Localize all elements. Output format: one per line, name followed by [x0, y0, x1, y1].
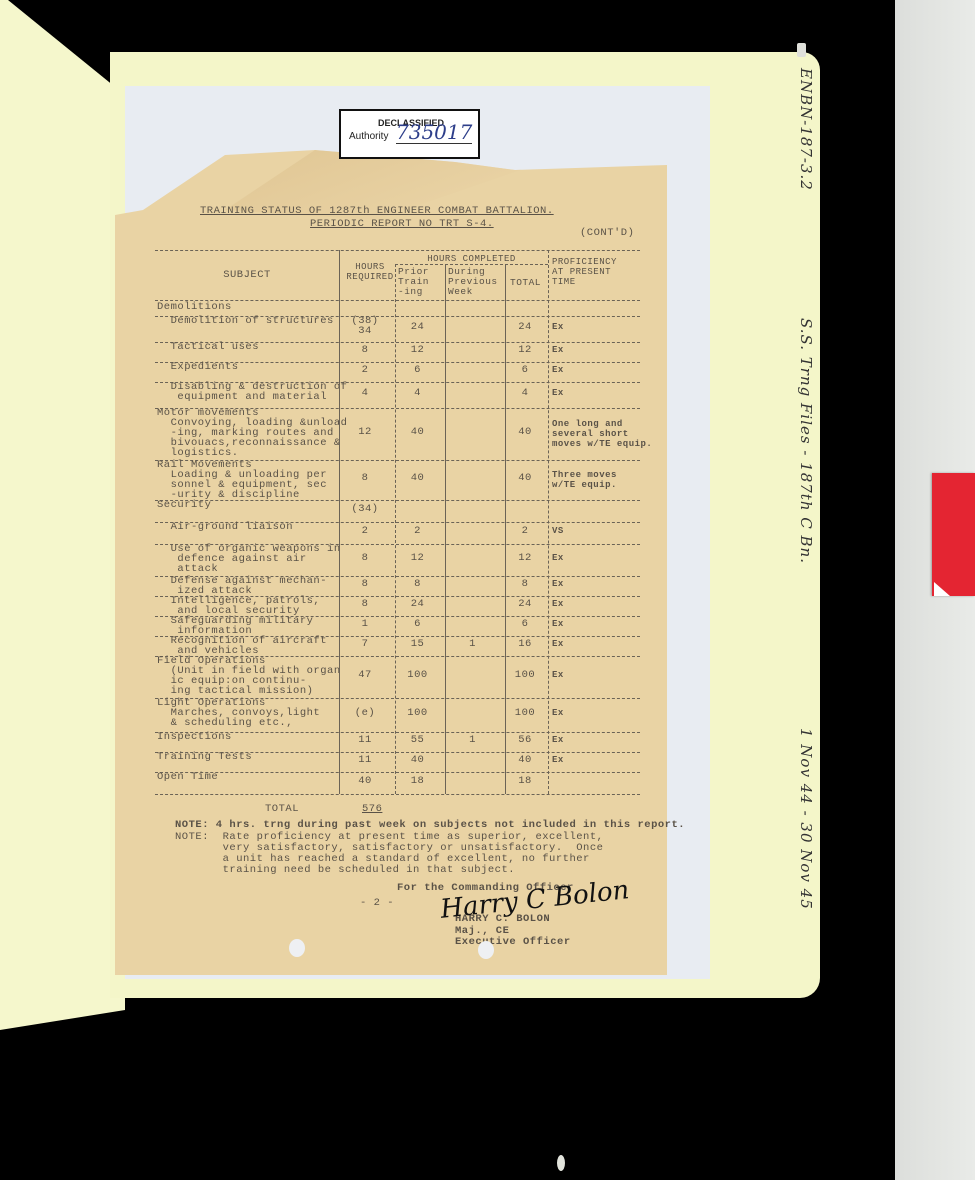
row-total: 100	[505, 670, 545, 680]
header-hours-required: HOURS REQUIRED	[345, 262, 395, 282]
red-divider-tab	[932, 473, 975, 596]
folder-annotation-bottom: 1 Nov 44 - 30 Nov 45	[797, 728, 815, 910]
column-rule	[505, 264, 506, 794]
row-total: 56	[505, 735, 545, 745]
stamp-authority-number: 735017	[396, 121, 472, 144]
debris-speck	[557, 1155, 565, 1171]
row-proficiency: One long and several short moves w/TE eq…	[552, 419, 652, 449]
row-proficiency: VS	[552, 526, 564, 536]
row-prior-training: 2	[395, 526, 440, 536]
row-hours-required: 2	[345, 526, 385, 536]
row-rule	[155, 500, 640, 501]
row-prior-training: 18	[395, 776, 440, 786]
row-prior-training: 15	[395, 639, 440, 649]
row-prior-training: 6	[395, 619, 440, 629]
row-subject: Air-ground liaison	[157, 522, 293, 532]
column-rule	[445, 264, 446, 794]
row-total: 6	[505, 619, 545, 629]
row-total: 100	[505, 708, 545, 718]
row-hours-required: 11	[345, 755, 385, 765]
document-title: TRAINING STATUS OF 1287th ENGINEER COMBA…	[200, 205, 554, 217]
row-subject: Demolitions	[157, 302, 232, 312]
row-total: 16	[505, 639, 545, 649]
header-total: TOTAL	[510, 278, 541, 288]
row-total: 2	[505, 526, 545, 536]
subheader-rule	[395, 264, 548, 265]
row-prior-training: 6	[395, 365, 440, 375]
row-subject: Expedients	[157, 362, 239, 372]
row-subject: Use of organic weapons in defence agains…	[157, 544, 341, 574]
row-total: 24	[505, 599, 545, 609]
row-prior-training: 100	[395, 708, 440, 718]
folder-clip	[797, 43, 806, 57]
row-proficiency: Ex	[552, 670, 564, 680]
header-prior-training: Prior Train -ing	[398, 267, 429, 297]
row-proficiency: Ex	[552, 755, 564, 765]
row-prior-training: 8	[395, 579, 440, 589]
row-total: 40	[505, 755, 545, 765]
header-proficiency: PROFICIENCY AT PRESENT TIME	[552, 257, 617, 287]
row-total: 6	[505, 365, 545, 375]
row-proficiency: Ex	[552, 553, 564, 563]
row-hours-required: (34)	[345, 504, 385, 514]
row-subject: Field Operations (Unit in field with org…	[157, 656, 341, 696]
row-hours-required: 11	[345, 735, 385, 745]
row-subject: Safeguarding military information	[157, 616, 313, 636]
row-proficiency: Ex	[552, 735, 564, 745]
row-rule	[155, 794, 640, 795]
row-hours-required: (e)	[345, 708, 385, 718]
row-hours-required: 8	[345, 553, 385, 563]
row-proficiency: Ex	[552, 388, 564, 398]
row-hours-required: 2	[345, 365, 385, 375]
row-hours-required: 12	[345, 427, 385, 437]
row-subject: Intelligence, patrols, and local securit…	[157, 596, 320, 616]
folder-annotation-middle: S.S. Trng Files - 187th C Bn.	[797, 318, 815, 564]
row-prior-training: 12	[395, 553, 440, 563]
row-subject: Training Tests	[157, 752, 252, 762]
continued-label: (CONT'D)	[580, 227, 634, 239]
column-rule	[548, 250, 549, 794]
row-subject: Inspections	[157, 732, 232, 742]
row-subject: Disabling & destruction of equipment and…	[157, 382, 347, 402]
column-rule	[395, 264, 396, 794]
row-subject: Motor movements Convoying, loading &unlo…	[157, 408, 347, 458]
row-subject: Demolition of structures	[157, 316, 334, 326]
row-proficiency: Ex	[552, 365, 564, 375]
header-during-previous-week: During Previous Week	[448, 267, 498, 297]
punch-hole-left	[289, 939, 305, 957]
row-hours-required: 8	[345, 345, 385, 355]
row-hours-required: 47	[345, 670, 385, 680]
row-proficiency: Ex	[552, 708, 564, 718]
row-hours-required: (38) 34	[345, 316, 385, 336]
row-prior-training: 4	[395, 388, 440, 398]
row-hours-required: 8	[345, 579, 385, 589]
row-hours-required: 8	[345, 599, 385, 609]
row-subject: Open Time	[157, 772, 218, 782]
total-value: 576	[362, 803, 382, 815]
row-total: 12	[505, 345, 545, 355]
column-rule	[339, 250, 340, 794]
row-subject: Defense against mechan- ized attack	[157, 576, 327, 596]
stamp-authority-label: Authority	[349, 131, 388, 142]
signer-title: Executive Officer	[455, 936, 571, 948]
folder-annotation-top: ENBN-187-3.2	[797, 68, 815, 191]
row-subject: Tactical uses	[157, 342, 259, 352]
page-number: - 2 -	[360, 897, 394, 909]
row-proficiency: Ex	[552, 579, 564, 589]
row-proficiency: Ex	[552, 639, 564, 649]
row-proficiency: Ex	[552, 322, 564, 332]
row-hours-required: 8	[345, 473, 385, 483]
row-total: 8	[505, 579, 545, 589]
declassified-stamp: DECLASSIFIED Authority 735017	[339, 109, 480, 159]
row-prior-training: 100	[395, 670, 440, 680]
row-prior-training: 24	[395, 322, 440, 332]
row-hours-required: 40	[345, 776, 385, 786]
row-proficiency: Ex	[552, 599, 564, 609]
note-1: NOTE: 4 hrs. trng during past week on su…	[175, 820, 685, 831]
row-prior-training: 40	[395, 755, 440, 765]
row-total: 4	[505, 388, 545, 398]
header-hours-completed: HOURS COMPLETED	[395, 254, 548, 264]
row-prior-training: 40	[395, 473, 440, 483]
punch-hole-right	[478, 941, 494, 959]
row-total: 12	[505, 553, 545, 563]
row-previous-week: 1	[445, 735, 500, 745]
row-prior-training: 55	[395, 735, 440, 745]
row-proficiency: Ex	[552, 345, 564, 355]
row-prior-training: 40	[395, 427, 440, 437]
row-hours-required: 1	[345, 619, 385, 629]
row-total: 18	[505, 776, 545, 786]
total-label: TOTAL	[265, 803, 299, 815]
row-subject: Security	[157, 500, 211, 510]
header-subject: SUBJECT	[157, 270, 337, 280]
row-previous-week: 1	[445, 639, 500, 649]
row-total: 24	[505, 322, 545, 332]
row-total: 40	[505, 427, 545, 437]
note-2: NOTE: Rate proficiency at present time a…	[175, 832, 603, 876]
row-subject: Rail Movements Loading & unloading per s…	[157, 460, 327, 500]
row-proficiency: Three moves w/TE equip.	[552, 470, 617, 490]
row-hours-required: 7	[345, 639, 385, 649]
row-prior-training: 24	[395, 599, 440, 609]
row-hours-required: 4	[345, 388, 385, 398]
row-proficiency: Ex	[552, 619, 564, 629]
row-rule	[155, 772, 640, 773]
table-top-rule	[155, 250, 640, 251]
row-subject: Light Operations Marches, convoys,light …	[157, 698, 320, 728]
document-subtitle: PERIODIC REPORT NO TRT S-4.	[310, 218, 494, 230]
row-subject: Recognition of aircraft and vehicles	[157, 636, 327, 656]
row-prior-training: 12	[395, 345, 440, 355]
row-total: 40	[505, 473, 545, 483]
